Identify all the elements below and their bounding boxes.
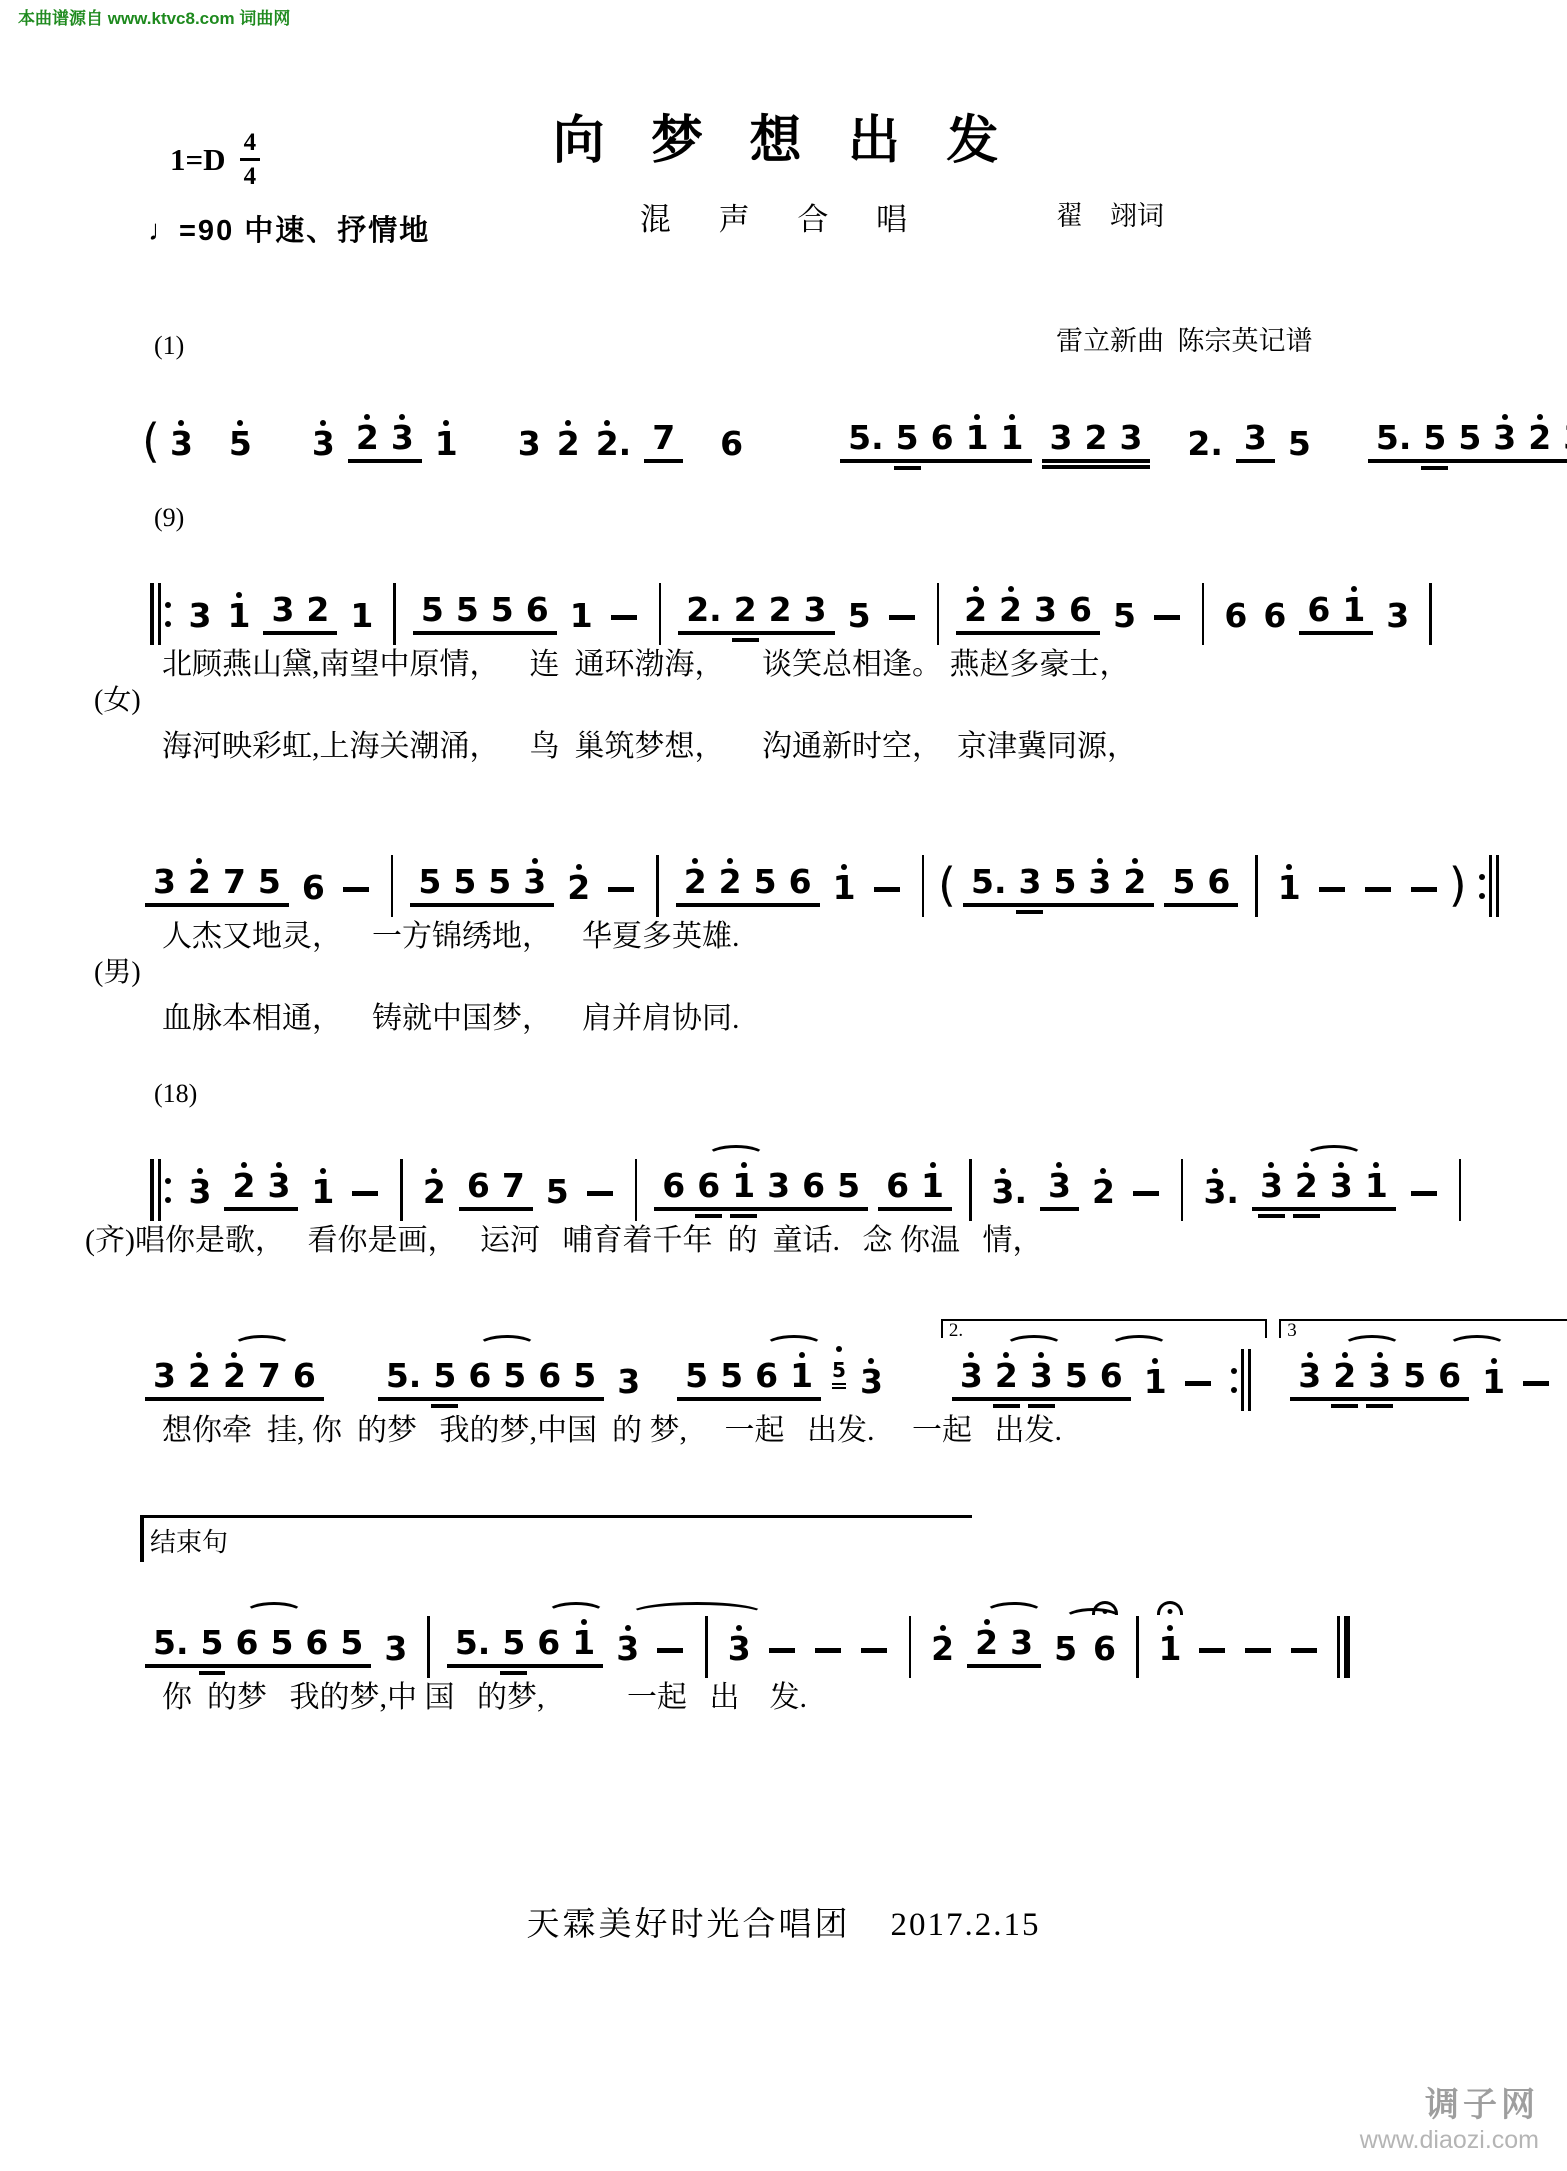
note: 3 xyxy=(1044,1165,1075,1205)
octave-dot xyxy=(984,1619,990,1625)
repeat-dot xyxy=(165,602,171,608)
note-digit: 3 xyxy=(189,1173,212,1211)
note-digit: 3 xyxy=(1010,1624,1033,1662)
note-digit: 5 xyxy=(258,863,281,901)
barline xyxy=(1181,1159,1184,1221)
octave-dot xyxy=(1056,1162,1062,1168)
ending-section-rule: 结束句 xyxy=(140,1515,972,1564)
note-digit: 3 xyxy=(860,1363,883,1401)
note: 3 xyxy=(1559,417,1567,457)
note: 5 xyxy=(498,1622,529,1662)
beam-group: 32356 xyxy=(952,1355,1131,1401)
note-digit: 3 xyxy=(1493,419,1516,457)
note-digit: 6 xyxy=(235,1624,258,1662)
note: 5 xyxy=(1419,417,1450,457)
note: 5. xyxy=(149,1622,193,1662)
note: 2 xyxy=(971,1622,1002,1662)
barline-stroke xyxy=(1241,1349,1244,1411)
duration-dash xyxy=(769,1648,795,1654)
note-digit: 3 xyxy=(1048,1167,1071,1205)
note-digit: 3 xyxy=(153,1357,176,1395)
repeat-dots xyxy=(165,583,171,645)
note: 3 xyxy=(1489,417,1520,457)
note-digit: 3. xyxy=(1203,1173,1239,1211)
duration-dash xyxy=(608,887,634,893)
duration-dash xyxy=(1199,1648,1225,1654)
note-digit: 2 xyxy=(356,419,379,457)
music-system: 327565553222561(5.3532561)人杰又地灵， 一方锦绣地， … xyxy=(140,807,1527,1039)
note: 3 xyxy=(613,1361,644,1401)
octave-dot xyxy=(237,420,243,426)
note: 5 xyxy=(417,589,448,629)
note-digit: 1 xyxy=(435,425,458,463)
note-digit: 5 xyxy=(201,1624,224,1662)
note: 5 xyxy=(1399,1355,1430,1395)
octave-dot xyxy=(625,1625,631,1631)
note-digit: 6 xyxy=(697,1167,720,1205)
note: 7 xyxy=(219,861,250,901)
note-digit: 7 xyxy=(223,863,246,901)
note: 1 xyxy=(431,423,462,463)
octave-dot xyxy=(364,414,370,420)
note-digit: 5 xyxy=(491,591,514,629)
note-digit: 7 xyxy=(502,1167,525,1205)
octave-dot xyxy=(1132,858,1138,864)
score-date: 2017.2.15 xyxy=(891,1907,1041,1943)
beam-group: 3275 xyxy=(145,861,289,907)
note: 2 xyxy=(419,1171,450,1211)
note-digit: 2 xyxy=(306,591,329,629)
octave-dot xyxy=(320,1168,326,1174)
beam-group: 5.56565 xyxy=(378,1355,604,1401)
barline xyxy=(391,855,394,917)
note-digit: 2 xyxy=(188,1357,211,1395)
duration-dash xyxy=(1365,887,1391,893)
note: 7 xyxy=(498,1165,529,1205)
note: 3 xyxy=(166,423,197,463)
note-digit: 5 xyxy=(453,863,476,901)
note: 1 xyxy=(1478,1361,1509,1401)
note-digit: 6 xyxy=(1100,1357,1123,1395)
lyricist-credit: 翟 翊词 xyxy=(1056,196,1313,238)
note: 2. xyxy=(682,589,726,629)
repeat-open-barline xyxy=(150,583,171,645)
beam-group: 5.3532 xyxy=(963,861,1154,907)
beam-group: 5.5611 xyxy=(840,417,1031,463)
final-barline xyxy=(1337,1616,1350,1678)
note: 1 xyxy=(1361,1165,1392,1205)
note-digit: 3 xyxy=(1563,419,1567,457)
note-digit: 5. xyxy=(1376,419,1412,457)
note-digit: 2 xyxy=(1528,419,1551,457)
note: 6 xyxy=(882,1165,913,1205)
notation-line: (353231322.765.56113232.355.55323561) xyxy=(140,363,1527,463)
octave-dot xyxy=(968,1352,974,1358)
duration-dash xyxy=(352,1191,378,1197)
duration-dash xyxy=(587,1191,613,1197)
note-digit: 2 xyxy=(557,425,580,463)
note: 3 xyxy=(1115,417,1146,457)
note: 1 xyxy=(568,1622,599,1662)
note: 1 xyxy=(1274,867,1305,907)
note: 5 xyxy=(484,861,515,901)
ensemble-name: 天霖美好时光合唱团 xyxy=(527,1907,851,1943)
note: 5 xyxy=(487,589,518,629)
note-digit: 5 xyxy=(229,425,252,463)
note-digit: 5 xyxy=(503,1357,526,1395)
footer-credit: 天霖美好时光合唱团2017.2.15 xyxy=(0,1898,1567,1945)
note-digit: 5 xyxy=(1053,863,1076,901)
note-digit: 5 xyxy=(1172,863,1195,901)
note-digit: 1 xyxy=(1482,1363,1505,1401)
duration-dash xyxy=(861,1648,887,1654)
repeat-close-barline xyxy=(1479,855,1500,917)
note: 3 xyxy=(956,1355,987,1395)
note-digit: 5 xyxy=(418,863,441,901)
octave-dot xyxy=(532,858,538,864)
note: 3 xyxy=(1364,1355,1395,1395)
note-digit: 6 xyxy=(1069,591,1092,629)
note-digit: 2 xyxy=(975,1624,998,1662)
note-digit: 2 xyxy=(232,1167,255,1205)
beam-group: 2256 xyxy=(676,861,820,907)
octave-dot xyxy=(399,414,405,420)
note: 3 xyxy=(519,861,550,901)
note-digit: 6 xyxy=(1438,1357,1461,1395)
note-digit: 3 xyxy=(1050,419,1073,457)
note: 2 xyxy=(995,589,1026,629)
note-digit: 6 xyxy=(1207,863,1230,901)
octave-dot xyxy=(799,1352,805,1358)
octave-dot xyxy=(241,1162,247,1168)
note: 6 xyxy=(522,589,553,629)
note: 3 xyxy=(308,423,339,463)
beam-group: 3 xyxy=(1040,1165,1079,1211)
note-digit: 1 xyxy=(227,597,250,635)
note-digit: 3 xyxy=(1260,1167,1283,1205)
octave-dot xyxy=(178,420,184,426)
beam-group: 5556 xyxy=(413,589,557,635)
note-digit: 5 xyxy=(1423,419,1446,457)
note-digit: 1 xyxy=(966,419,989,457)
note-digit: 5 xyxy=(502,1624,525,1662)
note: 5 xyxy=(414,861,445,901)
note-digit: 5. xyxy=(455,1624,491,1662)
note-digit: 2 xyxy=(769,591,792,629)
note-digit: 1 xyxy=(1342,591,1365,629)
note-digit: 5 xyxy=(685,1357,708,1395)
barline-stroke xyxy=(158,1159,161,1221)
barline xyxy=(400,1159,403,1221)
note: 6 xyxy=(298,867,329,907)
volta-label: 2. xyxy=(949,1320,963,1342)
note: 5 xyxy=(1168,861,1199,901)
note: 6 xyxy=(798,1165,829,1205)
duration-dash xyxy=(815,1648,841,1654)
note-digit: 2 xyxy=(684,863,707,901)
note: 2 xyxy=(228,1165,259,1205)
note-digit: 3 xyxy=(960,1357,983,1395)
beam-group: 67 xyxy=(459,1165,533,1211)
note-digit: 3 xyxy=(1386,597,1409,635)
note: 1 xyxy=(1338,589,1369,629)
duration-dash xyxy=(1411,887,1437,893)
note-digit: 3 xyxy=(153,863,176,901)
note: 3 xyxy=(1294,1355,1325,1395)
repeat-close-barline xyxy=(1231,1349,1252,1411)
beam-group: 56 xyxy=(1164,861,1238,907)
beam-group: 23 xyxy=(224,1165,298,1211)
beam-group: 32 xyxy=(263,589,337,635)
note: 2 xyxy=(563,867,594,907)
note: 1 xyxy=(728,1165,759,1205)
duration-dash xyxy=(611,615,637,621)
note-digit: 5 xyxy=(1403,1357,1426,1395)
note-digit: 3 xyxy=(1018,863,1041,901)
note: 3 xyxy=(1014,861,1045,901)
note: 6 xyxy=(464,1355,495,1395)
note-digit: 1 xyxy=(570,597,593,635)
note-digit: 6 xyxy=(931,419,954,457)
note-digit: 5. xyxy=(971,863,1007,901)
note-digit: 6 xyxy=(662,1167,685,1205)
duration-dash xyxy=(1245,1648,1271,1654)
note: 5. xyxy=(382,1355,426,1395)
note: 1 xyxy=(962,417,993,457)
note-digit: 3 xyxy=(1244,419,1267,457)
barline xyxy=(937,583,940,645)
beam-group: 5.561 xyxy=(447,1622,603,1668)
note-digit: 5. xyxy=(386,1357,422,1395)
note-digit: 6 xyxy=(1263,597,1286,635)
octave-dot xyxy=(1038,1352,1044,1358)
barline xyxy=(1459,1159,1462,1221)
beam-group: 7 xyxy=(644,417,683,463)
song-subtitle: 混 声 合 唱 xyxy=(0,194,1567,239)
note: 5 xyxy=(429,1355,460,1395)
beam-group: 32276 xyxy=(145,1355,324,1401)
note-digit: 5 xyxy=(1458,419,1481,457)
barline xyxy=(1429,583,1432,645)
note-digit: 2 xyxy=(188,863,211,901)
note-digit: 1 xyxy=(790,1357,813,1395)
site-name: 调子网 xyxy=(1360,2077,1539,2126)
repeat-dot xyxy=(1231,1387,1237,1393)
note: 6 xyxy=(785,861,816,901)
note-digit: 1 xyxy=(732,1167,755,1205)
lyrics-line: 血脉本相通， 铸就中国梦， 肩并肩协同. xyxy=(162,999,1527,1039)
note: 3. xyxy=(988,1171,1032,1211)
note-digit: 3 xyxy=(1119,419,1142,457)
octave-dot xyxy=(1377,1352,1383,1358)
note-digit: 2 xyxy=(1295,1167,1318,1205)
music-system: 322765.5656535561532.3235613323561想你牵 挂,… xyxy=(140,1301,1527,1451)
duration-dash xyxy=(343,887,369,893)
voice-label: (男) xyxy=(94,957,1527,989)
note-digit: 3 xyxy=(1030,1357,1053,1395)
note: 3 xyxy=(149,1355,180,1395)
note: 2 xyxy=(1119,861,1150,901)
duration-dash xyxy=(1133,1191,1159,1197)
note: 2. xyxy=(1183,423,1227,463)
note-digit: 6 xyxy=(467,1167,490,1205)
note: 5 xyxy=(1454,417,1485,457)
note-digit: 1 xyxy=(1144,1363,1167,1401)
note-digit: 1 xyxy=(833,869,856,907)
octave-dot xyxy=(1286,864,1292,870)
octave-dot xyxy=(197,1168,203,1174)
note: 3 xyxy=(1240,417,1271,457)
octave-dot xyxy=(741,1162,747,1168)
duration-dash xyxy=(1319,887,1345,893)
note-digit: 2. xyxy=(686,591,722,629)
note: 6 xyxy=(533,1622,564,1662)
note-digit: 2 xyxy=(734,591,757,629)
note: 5 xyxy=(452,589,483,629)
voice-label: (女) xyxy=(94,685,1527,717)
note-digit: 1 xyxy=(572,1624,595,1662)
note-digit: 3 xyxy=(523,863,546,901)
note-digit: 5. xyxy=(848,419,884,457)
note: 2 xyxy=(680,861,711,901)
note: 1 xyxy=(307,1171,338,1211)
note: 2 xyxy=(184,1355,215,1395)
note: 6 xyxy=(693,1165,724,1205)
note-digit: 2 xyxy=(999,591,1022,629)
beam-group: 3 xyxy=(1236,417,1275,463)
note-digit: 2 xyxy=(567,869,590,907)
note-digit: 5 xyxy=(754,863,777,901)
note-digit: 3 xyxy=(189,597,212,635)
note: 6 xyxy=(716,423,747,463)
beam-group: 23 xyxy=(967,1622,1041,1668)
octave-dot xyxy=(443,420,449,426)
notation-line: 5.5656535.56133223561 xyxy=(140,1568,1527,1668)
note-digit: 1 xyxy=(311,1173,334,1211)
octave-dot xyxy=(1167,1625,1173,1631)
octave-dot xyxy=(841,864,847,870)
grace-note: 5 xyxy=(830,1349,848,1389)
notation-line: 322765.5656535561532.3235613323561 xyxy=(140,1301,1527,1401)
duration-dash xyxy=(1185,1381,1211,1387)
note: 5 xyxy=(197,1622,228,1662)
note-digit: 5 xyxy=(270,1624,293,1662)
note-digit: 2 xyxy=(423,1173,446,1211)
note: 6 xyxy=(1065,589,1096,629)
note-digit: 6 xyxy=(1307,591,1330,629)
repeat-dot xyxy=(1479,893,1485,899)
note-digit: 1 xyxy=(1001,419,1024,457)
note-digit: 6 xyxy=(537,1624,560,1662)
site-url: www.diaozi.com xyxy=(1360,2126,1539,2155)
note-digit: 2 xyxy=(1123,863,1146,901)
note-digit: 2 xyxy=(1084,419,1107,457)
note-digit: 3 xyxy=(616,1630,639,1668)
barline-stroke xyxy=(1248,1349,1252,1411)
barline xyxy=(659,583,662,645)
repeat-dot xyxy=(1479,874,1485,880)
barline-stroke xyxy=(1344,1616,1350,1678)
note: 6 xyxy=(463,1165,494,1205)
duration-dash xyxy=(1154,615,1180,621)
note: 3 xyxy=(763,1165,794,1205)
beam-group: 3231 xyxy=(1252,1165,1396,1211)
note: 6 xyxy=(289,1355,320,1395)
lyrics-line: 海河映彩虹,上海关潮涌， 鸟 巢筑梦想， 沟通新时空， 京津冀同源， xyxy=(162,727,1527,767)
note-digit: 6 xyxy=(293,1357,316,1395)
note-digit: 3 xyxy=(170,425,193,463)
note: 5 xyxy=(569,1355,600,1395)
octave-dot xyxy=(576,864,582,870)
note-digit: 3 xyxy=(1088,863,1111,901)
beam-group: 2.223 xyxy=(678,589,834,635)
barline xyxy=(969,1159,972,1221)
octave-dot xyxy=(1100,1168,1106,1174)
note: 5. xyxy=(967,861,1011,901)
octave-dot xyxy=(940,1625,946,1631)
octave-dot xyxy=(1097,858,1103,864)
note: 6 xyxy=(1089,1628,1120,1668)
octave-dot xyxy=(1008,586,1014,592)
note: 3 xyxy=(1382,595,1413,635)
note-digit: 2. xyxy=(596,425,632,463)
note: 1 xyxy=(223,595,254,635)
note-digit: 3 xyxy=(391,419,414,457)
note-digit: 7 xyxy=(652,419,675,457)
note: 6 xyxy=(1096,1355,1127,1395)
note: 2 xyxy=(991,1355,1022,1395)
repeat-dot xyxy=(165,621,171,627)
notation-line: 31321555612.22352236566613 xyxy=(140,535,1527,635)
repeat-dots xyxy=(1231,1349,1237,1411)
beam-group: 23 xyxy=(348,417,422,463)
measure-number-marker: (18) xyxy=(154,1079,1527,1111)
note-digit: 6 xyxy=(305,1624,328,1662)
note-digit: 2 xyxy=(1333,1357,1356,1395)
note-digit: 3 xyxy=(1368,1357,1391,1395)
music-system: (1)(353231322.765.56113232.355.55323561) xyxy=(140,331,1527,463)
octave-dot xyxy=(604,420,610,426)
note: 3 xyxy=(1256,1165,1287,1205)
fermata-icon xyxy=(1092,1601,1118,1615)
beam-group: 5.56565 xyxy=(145,1622,371,1668)
lyrics-line: 北顾燕山黛,南望中原情， 连 通环渤海， 谈笑总相逢。 燕赵多豪士， xyxy=(162,645,1527,685)
note: 3 xyxy=(267,589,298,629)
note: 6 xyxy=(231,1622,262,1662)
octave-dot xyxy=(727,858,733,864)
octave-dot xyxy=(196,858,202,864)
octave-dot xyxy=(1268,1162,1274,1168)
note: 3 xyxy=(185,595,216,635)
note-digit: 5 xyxy=(546,1173,569,1211)
note: 3 xyxy=(514,423,545,463)
note: 5 xyxy=(1061,1355,1092,1395)
note: 2 xyxy=(302,589,333,629)
note-digit: 6 xyxy=(755,1357,778,1395)
note-digit: 5 xyxy=(456,591,479,629)
note-digit: 1 xyxy=(921,1167,944,1205)
note-digit: 3 xyxy=(267,1167,290,1205)
repeat-dot xyxy=(1231,1368,1237,1374)
repeat-dots xyxy=(165,1159,171,1221)
barline xyxy=(427,1616,430,1678)
note-digit: 5 xyxy=(1065,1357,1088,1395)
note-digit: 6 xyxy=(886,1167,909,1205)
repeat-dots xyxy=(1479,855,1485,917)
beam-group: 661365 xyxy=(654,1165,868,1211)
note: 1 xyxy=(917,1165,948,1205)
note: 2 xyxy=(1291,1165,1322,1205)
